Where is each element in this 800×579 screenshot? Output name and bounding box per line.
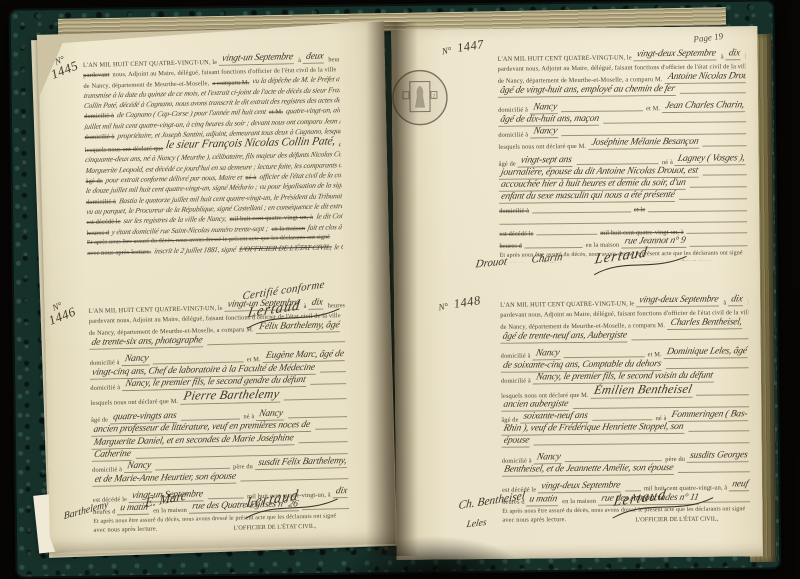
printed-text: pardevant bbox=[83, 72, 109, 80]
handwritten-text: Lagney ( Vosges ), bbox=[675, 153, 747, 166]
printed-text: a comparu M. bbox=[212, 79, 249, 87]
blank-rule bbox=[284, 395, 347, 400]
handwritten-text: Nancy bbox=[532, 348, 562, 360]
handwritten-text: Dominique Leles, âgé bbox=[663, 346, 748, 359]
printed-text: en la maison bbox=[562, 498, 596, 506]
printed-text: à bbox=[304, 303, 307, 310]
printed-text: à bbox=[723, 299, 726, 306]
handwritten-text: Félix Barthelemy, âgé bbox=[256, 320, 343, 334]
blank-rule bbox=[564, 353, 645, 358]
blank-rule bbox=[565, 458, 662, 463]
handwritten-text: Jean Charles Charin, bbox=[662, 100, 746, 113]
printed-text: heures d bbox=[499, 243, 522, 251]
printed-text: L'AN MIL HUIT CENT QUATRE-VINGT-UN, le bbox=[498, 54, 632, 63]
folio-number: Page 19 bbox=[693, 31, 724, 44]
printed-text: avec nous après lecture. bbox=[87, 248, 151, 257]
blank-rule bbox=[298, 438, 347, 443]
handwritten-text: Antoine Nicolas Drouot, bbox=[664, 71, 746, 84]
printed-text: domicilié à bbox=[84, 113, 114, 121]
handwritten-text: Émilien Bentheisel bbox=[590, 383, 695, 399]
handwritten-text: deux bbox=[303, 51, 327, 64]
handwritten-text: Nancy bbox=[533, 452, 563, 464]
blank-rule bbox=[534, 440, 750, 446]
blank-rule bbox=[632, 335, 749, 340]
handwritten-text: vingt-sept ans bbox=[518, 155, 575, 168]
witness-signature: Drouot bbox=[475, 255, 508, 270]
blank-rule bbox=[208, 495, 244, 500]
blank-rule bbox=[562, 130, 747, 136]
embossed-seal-icon: 2 bbox=[386, 63, 455, 132]
handwritten-text: enfant du sexe masculin qui nous a été p… bbox=[499, 190, 678, 204]
printed-text: L'OFFICIER DE L'ÉTAT CIVIL, bbox=[233, 522, 316, 531]
blank-rule bbox=[537, 231, 598, 236]
printed-text: père du bbox=[665, 456, 685, 464]
handwritten-text: susdits Georges bbox=[687, 451, 750, 464]
left-page: N° 1445 L'AN MIL HUIT CENT QUATRE-VINGT-… bbox=[38, 20, 396, 552]
blank-rule bbox=[310, 380, 346, 385]
printed-text: et M. bbox=[648, 352, 662, 360]
handwritten-text: soixante-neuf ans bbox=[520, 411, 590, 424]
handwritten-text: Bentheisel, et de Jeannette Amélie, son … bbox=[502, 463, 676, 477]
printed-text: est décédé le bbox=[499, 231, 533, 239]
handwritten-text: le Commissaire spécial ; bbox=[334, 242, 343, 252]
handwritten-text: vingt-deux Septembre bbox=[538, 481, 623, 494]
right-page: Page 19 2 N° 1447 L'AN MIL HUIT CENT QUA… bbox=[391, 26, 763, 560]
act-number-1448: N° 1448 bbox=[437, 292, 481, 313]
handwritten-text: dix bbox=[728, 294, 746, 306]
handwritten-text: âgé de vingt-huit ans, employé au chemin… bbox=[498, 84, 678, 98]
handwritten-text: Nancy bbox=[121, 354, 151, 367]
blank-rule bbox=[703, 142, 747, 146]
act-number-1446: N° 1446 bbox=[44, 297, 78, 327]
blank-rule bbox=[703, 171, 747, 175]
printed-text: heures du bbox=[328, 302, 345, 310]
printed-text: avec nous après lecture. bbox=[93, 526, 157, 535]
printed-text: âgé de bbox=[86, 178, 103, 186]
printed-text: père du bbox=[233, 463, 253, 471]
printed-text: et M. bbox=[646, 106, 660, 114]
printed-text: domicilié à bbox=[85, 133, 115, 141]
blank-rule bbox=[648, 207, 747, 212]
blank-rule bbox=[561, 107, 643, 112]
printed-text: domicilié à bbox=[86, 198, 116, 206]
handwritten-text: susdit Félix Barthelemy, bbox=[255, 456, 348, 470]
handwritten-text: neuf bbox=[729, 480, 750, 492]
blank-rule bbox=[690, 183, 747, 188]
handwritten-text: dix bbox=[726, 48, 744, 60]
blank-rule bbox=[604, 118, 747, 123]
handwritten-text: épouse bbox=[501, 436, 532, 448]
blank-rule bbox=[573, 403, 749, 409]
printed-text: domicilié à bbox=[499, 208, 529, 216]
blank-rule bbox=[680, 89, 746, 94]
act-line: L'AN MIL HUIT CENT QUATRE-VINGT-UN, levi… bbox=[500, 294, 748, 309]
handwritten-text: Nancy bbox=[124, 461, 154, 474]
handwritten-text: le dit Collin Paté bbox=[315, 212, 342, 222]
printed-text: est décédé le bbox=[86, 219, 120, 227]
handwritten-text: âgé de bbox=[338, 140, 341, 149]
printed-text: né à bbox=[662, 159, 673, 166]
blank-rule bbox=[690, 242, 748, 247]
blank-rule bbox=[687, 230, 748, 235]
act-line: L'AN MIL HUIT CENT QUATRE-VINGT-UN, levi… bbox=[497, 48, 745, 63]
handwritten-text: Charles Bentheisel, bbox=[667, 317, 745, 330]
handwritten-text: inscrit le 2 juillet 1881, signé bbox=[153, 245, 236, 255]
witness-signature: Charin bbox=[531, 251, 564, 266]
handwritten-text: vingt-un Septembre bbox=[219, 52, 296, 66]
blank-rule bbox=[593, 416, 653, 421]
printed-text: et le bbox=[634, 207, 645, 214]
handwritten-text: vingt-deux Septembre bbox=[634, 48, 719, 61]
handwritten-text: quatre-vingt-un, ainsi conçu : du premie… bbox=[285, 105, 340, 116]
blank-rule bbox=[320, 368, 346, 373]
printed-text: né à bbox=[656, 415, 667, 422]
handwritten-text: Nancy bbox=[530, 126, 560, 138]
printed-text: heures du bbox=[328, 56, 339, 64]
handwritten-text: vingt-deux Septembre bbox=[636, 294, 721, 307]
blank-rule bbox=[288, 413, 347, 418]
printed-text: domicilié à bbox=[90, 384, 120, 392]
blank-rule bbox=[525, 243, 583, 248]
handwritten-text: Pierre Barthelemy bbox=[180, 388, 282, 405]
blank-rule bbox=[678, 469, 750, 474]
blank-rule bbox=[666, 364, 749, 369]
svg-text:2: 2 bbox=[433, 93, 436, 99]
printed-text: avec nous après lecture. bbox=[502, 516, 566, 524]
blank-rule bbox=[679, 195, 747, 200]
act-1447-body: L'AN MIL HUIT CENT QUATRE-VINGT-UN, levi… bbox=[497, 48, 747, 263]
blank-rule bbox=[155, 465, 230, 471]
handwritten-text: Nancy bbox=[530, 102, 560, 114]
handwritten-text: dix bbox=[308, 298, 325, 310]
printed-text: domicilié à bbox=[501, 377, 531, 385]
blank-rule bbox=[181, 415, 240, 420]
handwritten-text: âgé de trente-neuf ans, Aubergiste bbox=[500, 330, 629, 343]
handwritten-text: L'OFFICIER DE L'ÉTAT CIVIL, bbox=[238, 243, 332, 254]
handwritten-text: Nancy bbox=[256, 408, 286, 421]
printed-text: lesquels nous ont déclaré que M. bbox=[498, 143, 586, 151]
printed-text: et M. bbox=[269, 109, 283, 117]
printed-text: né à bbox=[245, 174, 256, 182]
printed-text: heures du bbox=[745, 53, 746, 61]
handwritten-text: fait et clos à Nancy bbox=[307, 222, 342, 232]
blank-rule bbox=[153, 358, 244, 364]
printed-text: heures d bbox=[87, 229, 110, 237]
handwritten-text: Eugène Marc, âgé de bbox=[263, 350, 346, 364]
handwritten-text: ancien aubergiste bbox=[501, 399, 571, 412]
act-1445-body: L'AN MIL HUIT CENT QUATRE-VINGT-UN, levi… bbox=[83, 51, 344, 271]
blank-rule bbox=[577, 160, 659, 165]
handwritten-text: Fommeringen ( Bas- bbox=[668, 409, 749, 422]
act-number-1447: N° 1447 bbox=[441, 36, 485, 57]
printed-text: à bbox=[298, 57, 301, 64]
witness-signature: Leles bbox=[466, 518, 487, 531]
archive-scan-viewport: { "page": { "folio": "Page 19" }, "color… bbox=[0, 0, 800, 579]
handwritten-text: Rhin ), veuf de Frédérique Henriette Sto… bbox=[501, 422, 686, 436]
handwritten-text: âgé de dix-huit ans, maçon bbox=[498, 114, 602, 127]
printed-text: à bbox=[721, 53, 724, 60]
blank-rule bbox=[696, 391, 749, 396]
handwritten-text: Catherine bbox=[92, 449, 134, 462]
blank-rule bbox=[688, 427, 749, 432]
handwritten-text: vingt-un Septembre bbox=[225, 298, 302, 312]
blank-rule bbox=[532, 208, 631, 213]
handwritten-text: Joséphine Mélanie Besançon bbox=[588, 137, 701, 150]
blank-rule bbox=[315, 425, 348, 430]
printed-text: en la maison bbox=[271, 225, 305, 233]
printed-text: heures du bbox=[747, 299, 748, 307]
printed-text: domicilié à bbox=[498, 131, 528, 139]
handwritten-text: u matin bbox=[526, 494, 560, 506]
printed-text: L'AN MIL HUIT CENT QUATRE-VINGT-UN, le bbox=[500, 300, 634, 309]
